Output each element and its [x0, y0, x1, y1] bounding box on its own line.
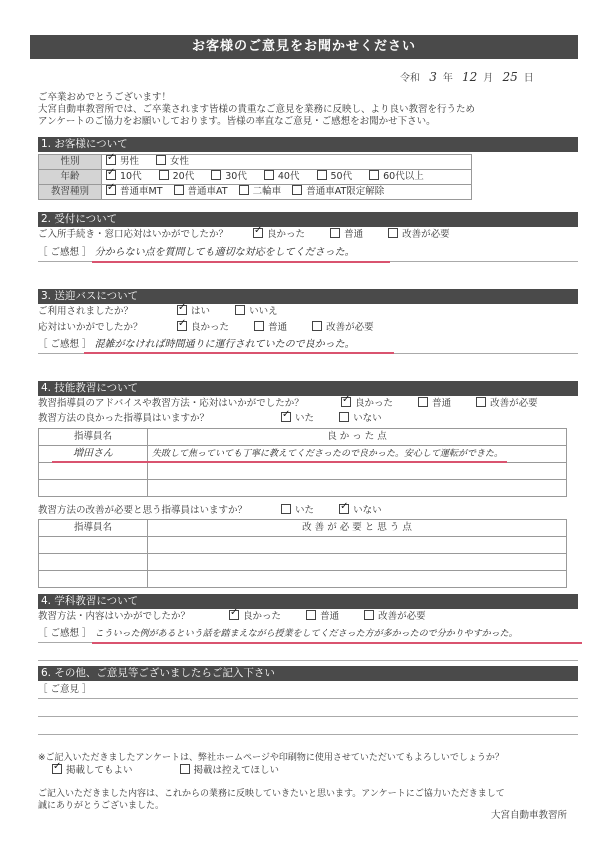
- age-options: 10代 20代 30代 40代 50代 60代以上: [102, 170, 472, 185]
- checkbox-checked-icon[interactable]: [106, 170, 116, 180]
- highlight-underline: [92, 261, 390, 263]
- table-row: [39, 554, 567, 571]
- instructor-eval-row: 教習指導員のアドバイスや教習方法・応対はいかがでしたか？ 良かった 普通 改善が…: [38, 397, 552, 411]
- checkbox-icon[interactable]: [239, 185, 249, 195]
- instructor-name-cell[interactable]: [39, 571, 148, 588]
- checkbox-icon[interactable]: [306, 610, 316, 620]
- course-type-label: 教習種別: [39, 185, 102, 200]
- table-row: [39, 463, 567, 480]
- highlight-underline: [92, 642, 582, 644]
- good-instructor-question: 教習方法の良かった指導員はいますか？: [38, 412, 278, 426]
- intro-line-1: ご卒業おめでとうございます！: [38, 92, 475, 104]
- good-points-header: 良 か っ た 点: [148, 429, 567, 446]
- section-1-header: 1. お客様について: [38, 137, 578, 152]
- date: 令和 3年 12月 25日: [400, 69, 534, 84]
- publish-ok-option[interactable]: 掲載してもよい: [52, 764, 133, 778]
- improve-points-header: 改 善 が 必 要 と 思 う 点: [148, 520, 567, 537]
- reception-improve-option[interactable]: 改善が必要: [388, 228, 450, 242]
- good-points-cell[interactable]: [148, 480, 567, 497]
- table-row: [39, 571, 567, 588]
- checkbox-icon[interactable]: [264, 170, 274, 180]
- form-title: お客様のご意見をお聞かせください: [30, 35, 578, 59]
- table-row: 増田さん 失敗して焦っていても丁寧に教えてくださったので良かった。安心して運転が…: [39, 446, 567, 463]
- good-points-cell[interactable]: [148, 463, 567, 480]
- bus-service-question: 応対はいかがでしたか？: [38, 321, 174, 335]
- checkbox-icon[interactable]: [211, 170, 221, 180]
- instructor-name-cell[interactable]: [39, 554, 148, 571]
- bus-comment: 混雑がなければ時間通りに運行されていたので良かった。: [95, 339, 355, 350]
- day-unit: 日: [524, 73, 534, 84]
- comment-label: ［ ご感想 ］: [38, 247, 92, 258]
- improve-points-cell[interactable]: [148, 554, 567, 571]
- age-60s-plus-option[interactable]: 60代以上: [369, 170, 424, 184]
- comment-label: ［ ご感想 ］: [38, 628, 92, 639]
- table-header-row: 指導員名 改 善 が 必 要 と 思 う 点: [39, 520, 567, 537]
- checkbox-checked-icon[interactable]: [52, 764, 62, 774]
- date-month[interactable]: 12: [462, 70, 477, 84]
- opinion-blank-line[interactable]: [38, 716, 578, 717]
- bus-usage-no-option[interactable]: いいえ: [235, 305, 278, 319]
- instructor-name-cell[interactable]: [39, 480, 148, 497]
- checkbox-icon[interactable]: [174, 185, 184, 195]
- bus-usage-row: ご利用されましたか？ はい いいえ: [38, 305, 292, 319]
- checkbox-checked-icon[interactable]: [177, 305, 187, 315]
- improve-points-cell[interactable]: [148, 537, 567, 554]
- course-at-removal-option[interactable]: 普通車AT限定解除: [292, 185, 384, 199]
- bad-instructor-question: 教習方法の改善が必要と思う指導員はいますか？: [38, 504, 278, 518]
- classroom-eval-row: 教習方法・内容はいかがでしたか？ 良かった 普通 改善が必要: [38, 610, 440, 624]
- gender-options: 男性 女性: [102, 155, 472, 170]
- bad-instructor-table: 指導員名 改 善 が 必 要 と 思 う 点: [38, 519, 567, 588]
- course-motorcycle-option[interactable]: 二輪車: [239, 185, 282, 199]
- checkbox-checked-icon[interactable]: [229, 610, 239, 620]
- gender-label: 性別: [39, 155, 102, 170]
- checkbox-icon[interactable]: [235, 305, 245, 315]
- course-type-options: 普通車MT 普通車AT 二輪車 普通車AT限定解除: [102, 185, 472, 200]
- classroom-normal-option[interactable]: 普通: [306, 610, 339, 624]
- section-4-header: 4. 技能教習について: [38, 381, 578, 396]
- checkbox-icon[interactable]: [364, 610, 374, 620]
- highlight-underline: [84, 352, 394, 354]
- intro-line-2: 大宮自動車教習所では、ご卒業されます皆様の貴重なご意見を業務に反映し、より良い教…: [38, 104, 475, 116]
- reception-normal-option[interactable]: 普通: [330, 228, 363, 242]
- checkbox-icon[interactable]: [369, 170, 379, 180]
- bad-instructor-row: 教習方法の改善が必要と思う指導員はいますか？ いた いない: [38, 504, 396, 518]
- bad-instructor-yes-option[interactable]: いた: [281, 504, 314, 518]
- year-unit: 年: [443, 73, 453, 84]
- month-unit: 月: [483, 73, 493, 84]
- checkbox-icon[interactable]: [180, 764, 190, 774]
- checkbox-checked-icon[interactable]: [281, 412, 291, 422]
- reception-question-row: ご入所手続き・窓口応対はいかがでしたか？ 良かった 普通 改善が必要: [38, 228, 464, 242]
- checkbox-icon[interactable]: [317, 170, 327, 180]
- intro-text: ご卒業おめでとうございます！ 大宮自動車教習所では、ご卒業されます皆様の貴重なご…: [38, 92, 475, 128]
- checkbox-checked-icon[interactable]: [177, 321, 187, 331]
- publish-question: ※ご記入いただきましたアンケートは、弊社ホームページや印刷物に使用させていただい…: [38, 752, 504, 764]
- age-20s-option[interactable]: 20代: [159, 170, 195, 184]
- opinion-label: ［ ご意見 ］: [38, 684, 92, 695]
- date-era: 令和: [400, 73, 420, 84]
- table-header-row: 指導員名 良 か っ た 点: [39, 429, 567, 446]
- checkbox-checked-icon[interactable]: [339, 504, 349, 514]
- instructor-improve-option[interactable]: 改善が必要: [476, 397, 538, 411]
- gender-female-option[interactable]: 女性: [156, 155, 189, 169]
- date-year[interactable]: 3: [429, 70, 437, 84]
- checkbox-icon[interactable]: [159, 170, 169, 180]
- improve-points-cell[interactable]: [148, 571, 567, 588]
- intro-line-3: アンケートのご協力をお願いしております。皆様の率直なご意見・ご感想をお聞かせ下さ…: [38, 116, 475, 128]
- age-row: 年齢 10代 20代 30代 40代 50代 60代以上: [39, 170, 472, 185]
- reception-comment: 分からない点を質問しても適切な対応をしてくださった。: [95, 247, 355, 258]
- school-name: 大宮自動車教習所: [491, 807, 567, 821]
- classroom-good-option[interactable]: 良かった: [229, 610, 281, 624]
- comment-label: ［ ご感想 ］: [38, 339, 92, 350]
- checkbox-icon[interactable]: [330, 228, 340, 238]
- course-type-row: 教習種別 普通車MT 普通車AT 二輪車 普通車AT限定解除: [39, 185, 472, 200]
- classroom-improve-option[interactable]: 改善が必要: [364, 610, 426, 624]
- checkbox-icon[interactable]: [312, 321, 322, 331]
- bus-service-good-option[interactable]: 良かった: [177, 321, 229, 335]
- instructor-name-header: 指導員名: [39, 520, 148, 537]
- date-day[interactable]: 25: [502, 70, 517, 84]
- publish-decline-option[interactable]: 掲載は控えてほしい: [180, 764, 280, 778]
- classroom-eval-question: 教習方法・内容はいかがでしたか？: [38, 610, 226, 624]
- reception-comment-field[interactable]: ［ ご感想 ］ 分からない点を質問しても適切な対応をしてくださった。: [38, 245, 578, 262]
- checkbox-icon[interactable]: [388, 228, 398, 238]
- closing-line-1: ご記入いただきました内容は、これからの業務に反映していきたいと思います。アンケー…: [38, 788, 505, 800]
- bus-usage-question: ご利用されましたか？: [38, 305, 174, 319]
- classroom-comment: こういった例があるという話を踏まえながら授業をしてくださった方が多かったので分か…: [95, 629, 518, 639]
- age-label: 年齢: [39, 170, 102, 185]
- instructor-name-cell[interactable]: [39, 537, 148, 554]
- checkbox-icon[interactable]: [339, 412, 349, 422]
- age-40s-option[interactable]: 40代: [264, 170, 300, 184]
- reception-question: ご入所手続き・窓口応対はいかがでしたか？: [38, 228, 250, 242]
- checkbox-icon[interactable]: [281, 504, 291, 514]
- good-points-cell[interactable]: 失敗して焦っていても丁寧に教えてくださったので良かった。安心して運転ができた。: [148, 446, 567, 463]
- bad-instructor-no-option[interactable]: いない: [339, 504, 382, 518]
- reception-good-option[interactable]: 良かった: [253, 228, 305, 242]
- checkbox-checked-icon[interactable]: [106, 185, 116, 195]
- course-at-option[interactable]: 普通車AT: [174, 185, 228, 199]
- checkbox-icon[interactable]: [156, 155, 166, 165]
- table-row: [39, 480, 567, 497]
- checkbox-icon[interactable]: [418, 397, 428, 407]
- customer-info-table: 性別 男性 女性 年齢 10代 20代 30代 40代 50代 60代以上 教習…: [38, 154, 472, 200]
- age-50s-option[interactable]: 50代: [317, 170, 353, 184]
- classroom-comment-field[interactable]: ［ ご感想 ］ こういった例があるという話を踏まえながら授業をしてくださった方が…: [38, 626, 578, 643]
- instructor-name-header: 指導員名: [39, 429, 148, 446]
- highlight-underline: [52, 461, 507, 463]
- instructor-normal-option[interactable]: 普通: [418, 397, 451, 411]
- comment-blank-line[interactable]: [38, 660, 578, 661]
- closing-line-2: 誠にありがとうございました。: [38, 800, 505, 812]
- section-5-header: 4. 学科教習について: [38, 594, 578, 609]
- course-mt-option[interactable]: 普通車MT: [106, 185, 163, 199]
- section-6-header: 6. その他、ご意見等ございましたらご記入下さい: [38, 666, 578, 681]
- opinion-blank-line[interactable]: [38, 734, 578, 735]
- checkbox-checked-icon[interactable]: [341, 397, 351, 407]
- checkbox-icon[interactable]: [476, 397, 486, 407]
- other-comment-field[interactable]: ［ ご意見 ］: [38, 682, 578, 699]
- good-instructor-yes-option[interactable]: いた: [281, 412, 314, 426]
- checkbox-icon[interactable]: [292, 185, 302, 195]
- checkbox-checked-icon[interactable]: [106, 155, 116, 165]
- checkbox-icon[interactable]: [254, 321, 264, 331]
- section-3-header: 3. 送迎バスについて: [38, 289, 578, 304]
- bus-service-row: 応対はいかがでしたか？ 良かった 普通 改善が必要: [38, 321, 388, 335]
- good-instructor-row: 教習方法の良かった指導員はいますか？ いた いない: [38, 412, 396, 426]
- bus-service-improve-option[interactable]: 改善が必要: [312, 321, 374, 335]
- instructor-name-cell[interactable]: [39, 463, 148, 480]
- age-30s-option[interactable]: 30代: [211, 170, 247, 184]
- closing-text: ご記入いただきました内容は、これからの業務に反映していきたいと思います。アンケー…: [38, 788, 505, 812]
- instructor-good-option[interactable]: 良かった: [341, 397, 393, 411]
- checkbox-checked-icon[interactable]: [253, 228, 263, 238]
- table-row: [39, 537, 567, 554]
- bus-service-normal-option[interactable]: 普通: [254, 321, 287, 335]
- section-2-header: 2. 受付について: [38, 212, 578, 227]
- gender-row: 性別 男性 女性: [39, 155, 472, 170]
- instructor-eval-question: 教習指導員のアドバイスや教習方法・応対はいかがでしたか？: [38, 397, 338, 411]
- instructor-name-cell[interactable]: 増田さん: [39, 446, 148, 463]
- publish-options-row: 掲載してもよい 掲載は控えてほしい: [52, 764, 293, 778]
- good-instructor-no-option[interactable]: いない: [339, 412, 382, 426]
